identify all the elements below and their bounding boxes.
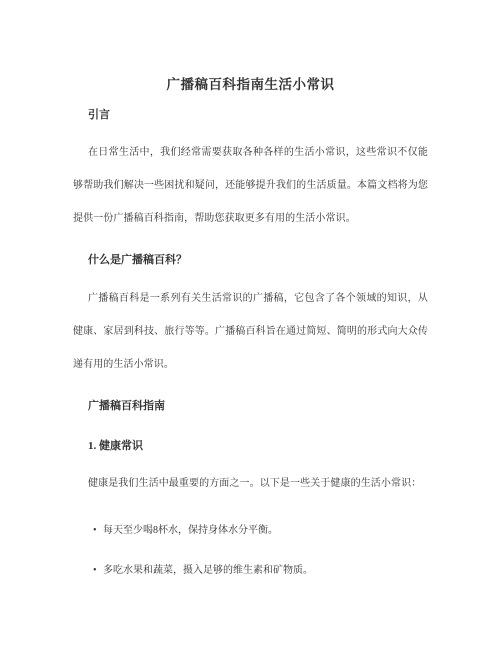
bullet-icon: • [93, 554, 103, 587]
health-tips-list: • 每天至少喝8杯水，保持身体水分平衡。 • 多吃水果和蔬菜，摄入足够的维生素和… [73, 514, 428, 587]
heading-intro: 引言 [88, 108, 428, 122]
list-item-text: 每天至少喝8杯水，保持身体水分平衡。 [103, 514, 428, 547]
heading-what-is: 什么是广播稿百科？ [88, 253, 428, 267]
document-page: 广播稿百科指南生活小常识 引言 在日常生活中，我们经常需要获取各种各样的生活小常… [0, 0, 500, 647]
list-item: • 每天至少喝8杯水，保持身体水分平衡。 [73, 514, 428, 547]
heading-health: 1. 健康常识 [88, 439, 428, 453]
paragraph-health: 健康是我们生活中最重要的方面之一。以下是一些关于健康的生活小常识： [73, 467, 428, 500]
list-item: • 多吃水果和蔬菜，摄入足够的维生素和矿物质。 [73, 554, 428, 587]
bullet-icon: • [93, 514, 103, 547]
document-title: 广播稿百科指南生活小常识 [73, 76, 428, 94]
paragraph-intro: 在日常生活中，我们经常需要获取各种各样的生活小常识，这些常识不仅能够帮助我们解决… [73, 136, 428, 235]
heading-guide: 广播稿百科指南 [88, 399, 428, 413]
paragraph-what-is: 广播稿百科是一系列有关生活常识的广播稿，它包含了各个领域的知识，从健康、家居到科… [73, 282, 428, 381]
list-item-text: 多吃水果和蔬菜，摄入足够的维生素和矿物质。 [103, 554, 428, 587]
